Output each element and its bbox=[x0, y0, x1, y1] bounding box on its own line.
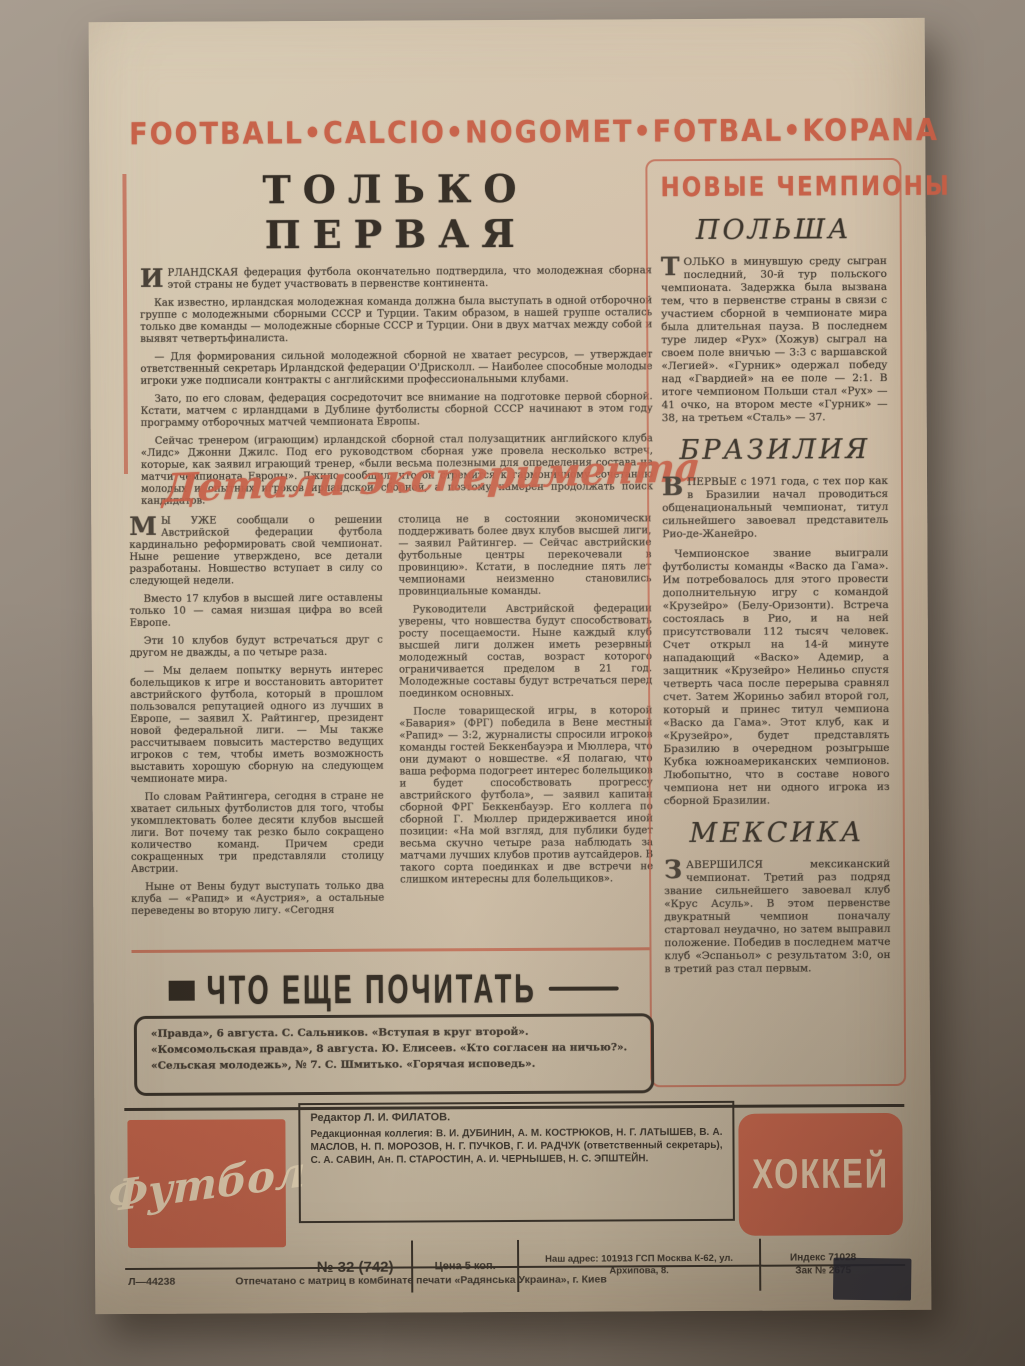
experiment-column-right: столица не в состоянии экономически подд… bbox=[398, 513, 653, 922]
paragraph: — Мы делаем попытку вернуть интерес боле… bbox=[130, 665, 384, 786]
paragraph: ТОЛЬКО в минувшую среду сыгран последний… bbox=[661, 255, 888, 425]
paragraph: ИРЛАНДСКАЯ федерация футбола окончательн… bbox=[140, 265, 652, 292]
print-line: Отпечатано с матриц в комбинате печати «… bbox=[235, 1274, 607, 1288]
red-horizontal-rule bbox=[131, 947, 649, 953]
hockey-logo: ХОККЕЙ bbox=[738, 1113, 903, 1236]
paragraph: После товарищеской игры, в которой «Бава… bbox=[399, 705, 653, 886]
square-mark bbox=[169, 981, 195, 1001]
paragraph: ВПЕРВЫЕ с 1971 года, с тех пор как в Бра… bbox=[662, 475, 888, 541]
football-logo-text: Футбол bbox=[108, 1146, 305, 1221]
paragraph: — Для формирования сильной молодежной сб… bbox=[140, 349, 652, 388]
article-title: ТОЛЬКО ПЕРВАЯ bbox=[139, 165, 651, 258]
dash-mark bbox=[549, 986, 619, 990]
paragraph: ЗАВЕРШИЛСЯ мексиканский чемпионат. Трети… bbox=[664, 858, 891, 976]
paragraph: столица не в состоянии экономически подд… bbox=[398, 513, 651, 598]
paragraph: Зато, по его словам, федерация сосредото… bbox=[141, 391, 653, 430]
football-logo: Футбол bbox=[127, 1119, 286, 1248]
ink-smudge-mark bbox=[833, 1258, 912, 1301]
section-heading-mexico: МЕКСИКА bbox=[664, 817, 890, 849]
hockey-logo-text: ХОККЕЙ bbox=[752, 1150, 889, 1199]
paragraph: Вместо 17 клубов в высшей лиге оставлены… bbox=[130, 593, 383, 630]
newspaper-page: FOOTBALL•CALCIO•NOGOMET•FOTBAL•KOPANA ТО… bbox=[89, 18, 932, 1314]
paragraph: МЫ УЖЕ сообщали о решении Австрийской фе… bbox=[129, 515, 382, 588]
read-more-title: ЧТО ЕЩЕ ПОЧИТАТЬ bbox=[207, 966, 537, 1014]
newspaper-photo: FOOTBALL•CALCIO•NOGOMET•FOTBAL•KOPANA ТО… bbox=[0, 0, 1025, 1366]
read-more-item: «Сельская молодежь», № 7. С. Шмитько. «Г… bbox=[151, 1055, 637, 1074]
paragraph: Как известно, ирландская молодежная кома… bbox=[140, 295, 652, 346]
editorial-box: Редактор Л. И. ФИЛАТОВ. Редакционная кол… bbox=[298, 1101, 735, 1223]
article-experiment: МЫ УЖЕ сообщали о решении Австрийской фе… bbox=[129, 513, 653, 924]
section-heading-brazil: БРАЗИЛИЯ bbox=[662, 434, 888, 466]
new-champions-title: НОВЫЕ ЧЕМПИОНЫ bbox=[660, 172, 886, 203]
read-more-header: ЧТО ЕЩЕ ПОЧИТАТЬ bbox=[134, 965, 654, 1014]
paragraph: Эти 10 клубов будут встречаться друг с д… bbox=[130, 635, 383, 660]
experiment-column-left: МЫ УЖЕ сообщали о решении Австрийской фе… bbox=[129, 515, 384, 924]
read-more-box: «Правда», 6 августа. С. Сальников. «Всту… bbox=[134, 1013, 654, 1096]
paragraph: Чемпионское звание выиграли футболисты к… bbox=[662, 547, 889, 808]
editor-line: Редактор Л. И. ФИЛАТОВ. bbox=[310, 1110, 722, 1124]
section-heading-poland: ПОЛЬША bbox=[661, 214, 887, 246]
paragraph: Руководители Австрийской федерации увере… bbox=[399, 603, 652, 700]
new-champions-box: НОВЫЕ ЧЕМПИОНЫ ПОЛЬША ТОЛЬКО в минувшую … bbox=[645, 158, 906, 1087]
paragraph: Ныне от Вены будут выступать только два … bbox=[131, 881, 384, 918]
paragraph: По словам Райтингера, сегодня в стране н… bbox=[131, 791, 384, 876]
print-code: Л—44238 bbox=[128, 1276, 175, 1288]
read-more-item: «Комсомольская правда», 8 августа. Ю. Ел… bbox=[151, 1039, 637, 1058]
editorial-board: Редакционная коллегия: В. И. ДУБИНИН, А.… bbox=[310, 1126, 722, 1167]
left-red-rule bbox=[122, 174, 128, 474]
